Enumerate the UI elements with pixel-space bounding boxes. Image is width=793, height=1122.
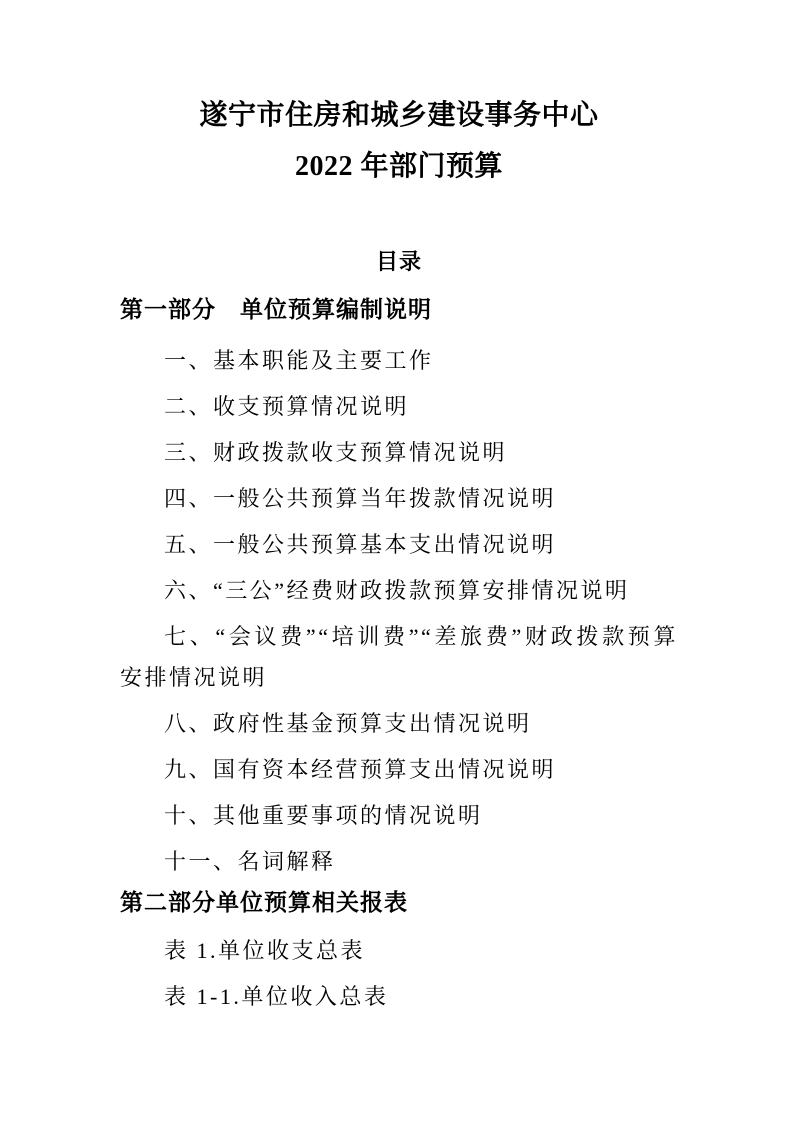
part1-heading: 第一部分 单位预算编制说明	[120, 294, 678, 324]
toc-item-4: 四、一般公共预算当年拨款情况说明	[120, 478, 678, 519]
toc-item-8: 八、政府性基金预算支出情况说明	[120, 703, 678, 744]
part2-heading: 第二部分单位预算相关报表	[120, 887, 678, 917]
toc-item-5: 五、一般公共预算基本支出情况说明	[120, 524, 678, 565]
toc-item-7: 七、“会议费”“培训费”“差旅费”财政拨款预算安排情况说明	[120, 616, 678, 698]
toc-item-9: 九、国有资本经营预算支出情况说明	[120, 749, 678, 790]
document-content: 遂宁市住房和城乡建设事务中心 2022 年部门预算 目录 第一部分 单位预算编制…	[0, 0, 793, 1122]
document-title-line1: 遂宁市住房和城乡建设事务中心	[120, 98, 678, 134]
toc-heading: 目录	[120, 247, 678, 277]
toc-item-1: 一、基本职能及主要工作	[120, 340, 678, 381]
toc-item-11: 十一、名词解释	[120, 841, 678, 882]
toc-item-10: 十、其他重要事项的情况说明	[120, 795, 678, 836]
document-title-line2: 2022 年部门预算	[120, 149, 678, 185]
toc-item-2: 二、收支预算情况说明	[120, 386, 678, 427]
toc-item-6: 六、“三公”经费财政拨款预算安排情况说明	[120, 570, 678, 611]
toc-table-item-1: 表 1.单位收支总表	[120, 930, 678, 971]
toc-table-item-2: 表 1-1.单位收入总表	[120, 976, 678, 1017]
toc-item-3: 三、财政拨款收支预算情况说明	[120, 432, 678, 473]
document-page: 遂宁市住房和城乡建设事务中心 2022 年部门预算 目录 第一部分 单位预算编制…	[0, 0, 793, 1122]
